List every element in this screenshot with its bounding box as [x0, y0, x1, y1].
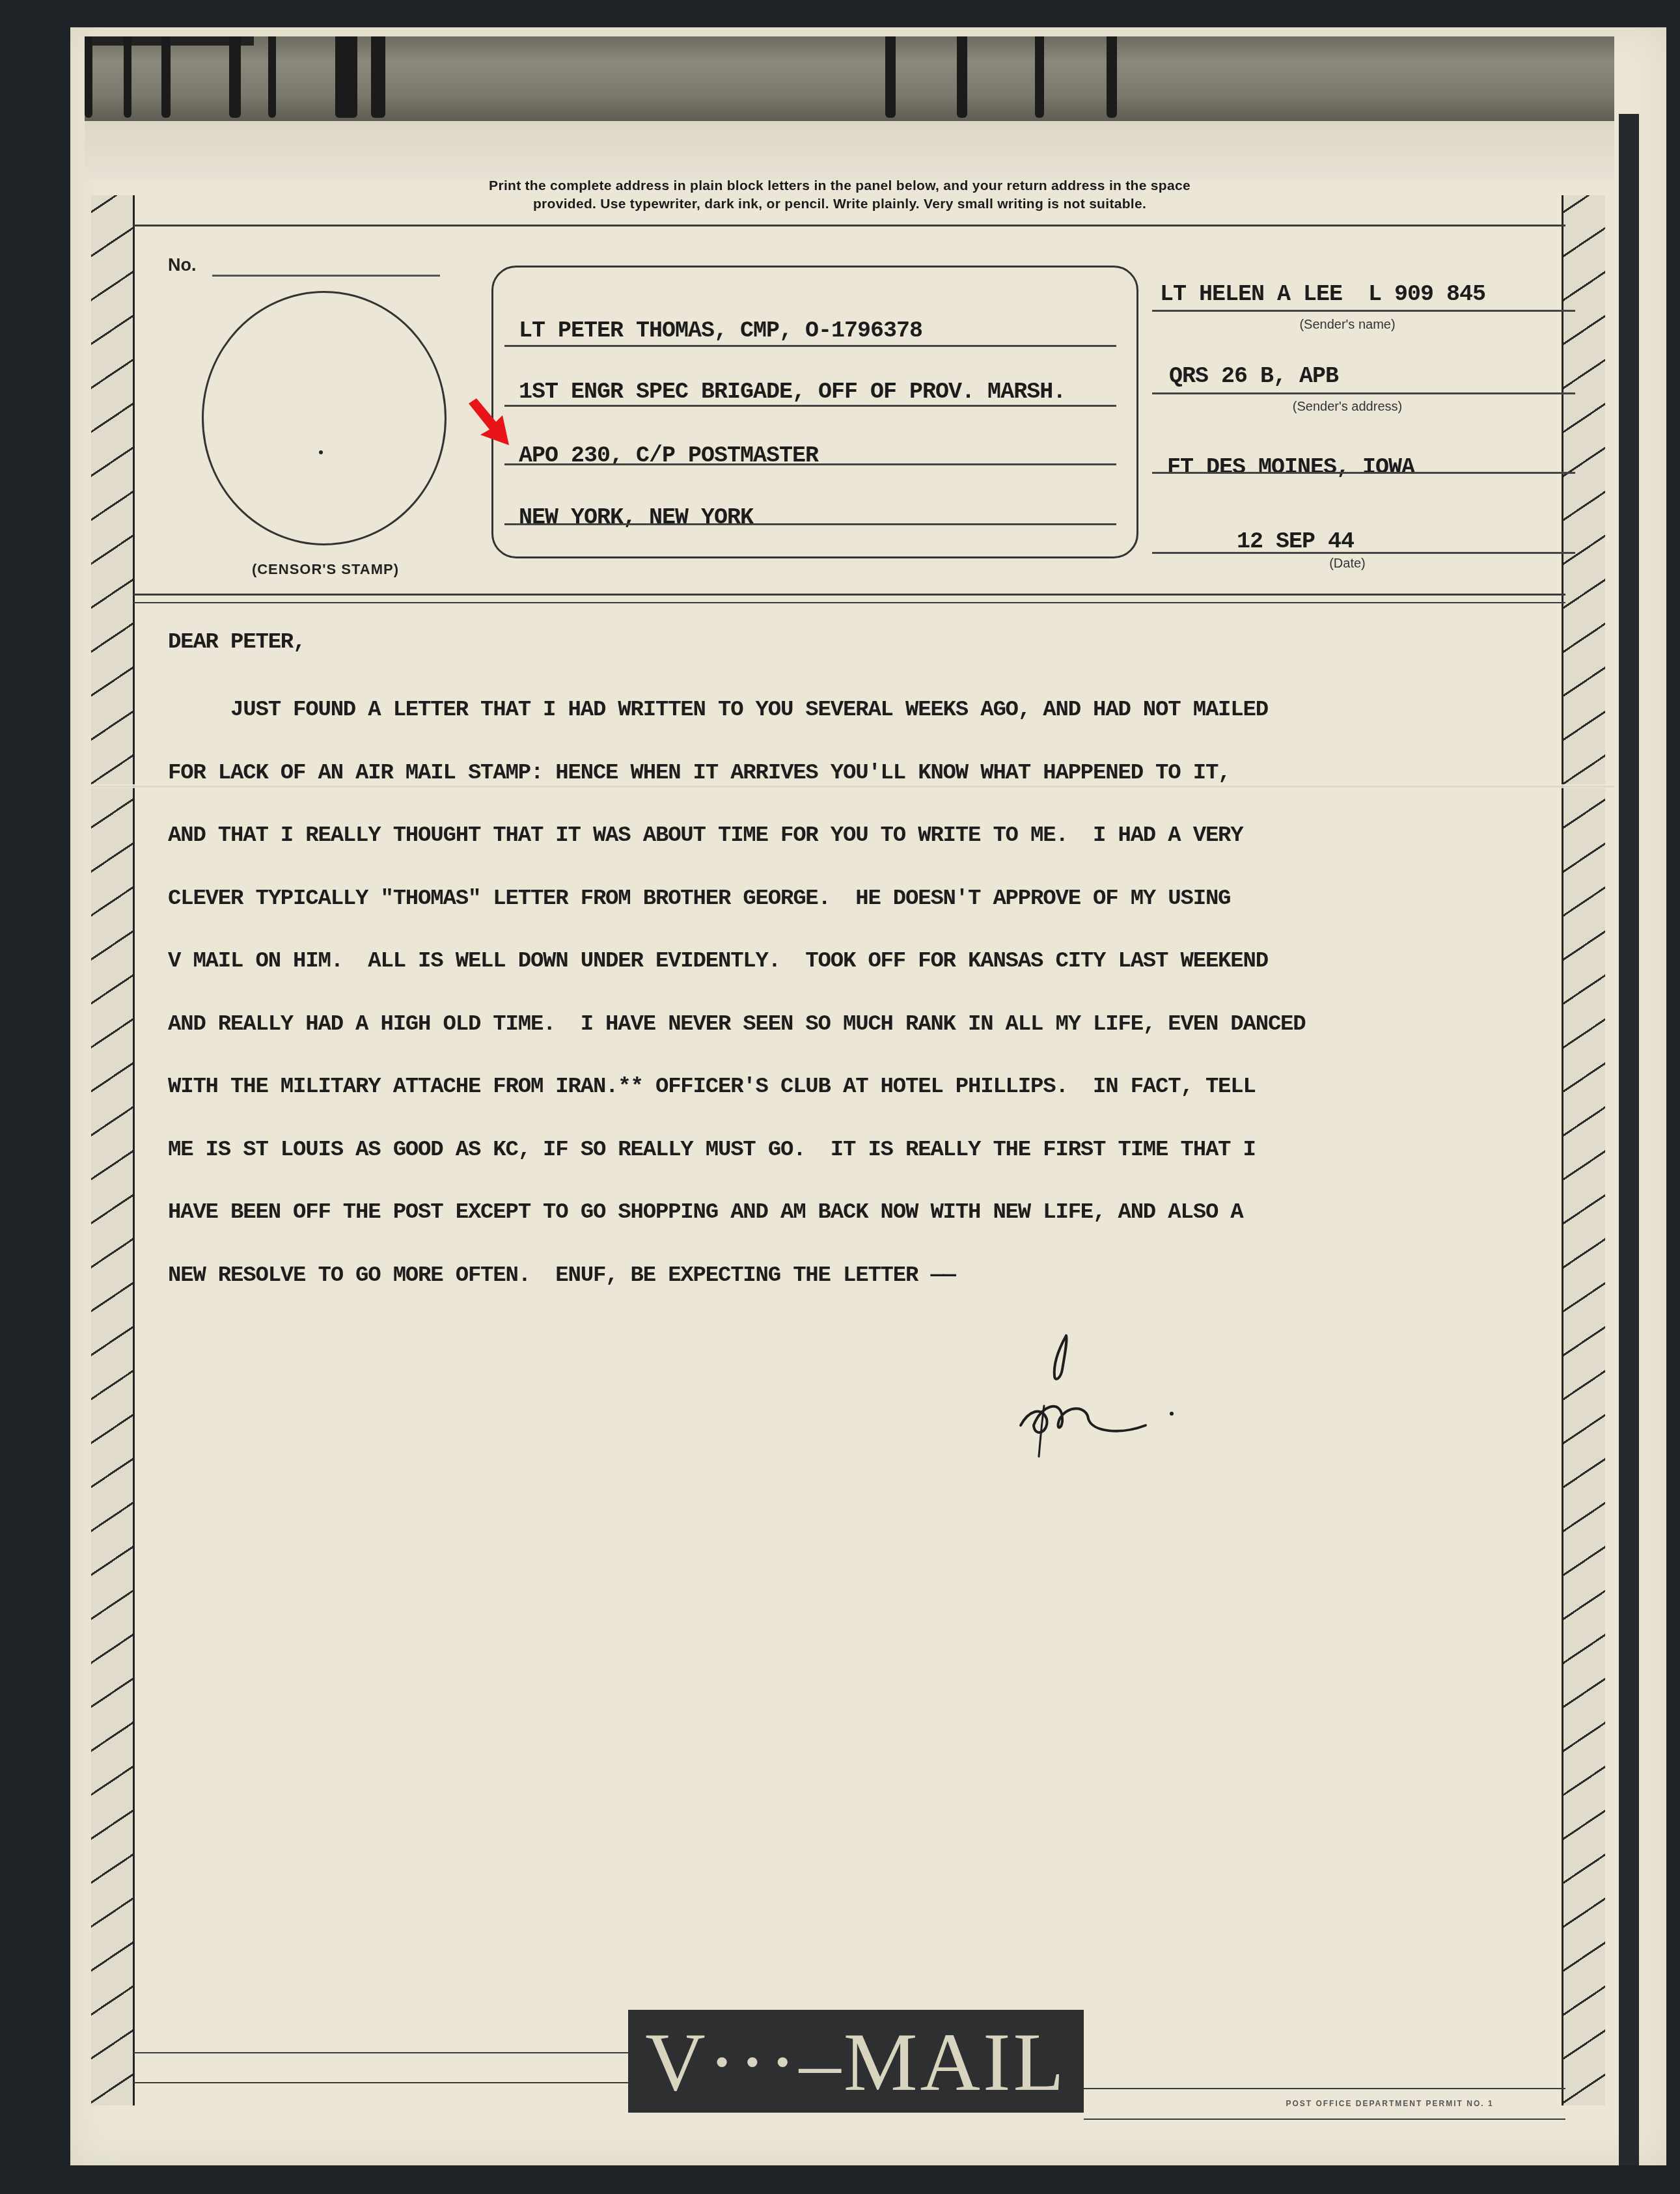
post-office-permit: POST OFFICE DEPARTMENT PERMIT NO. 1	[1207, 2099, 1572, 2108]
date-label: (Date)	[1308, 556, 1386, 571]
header-divider	[133, 594, 1565, 596]
recipient-line-2: 1ST ENGR SPEC BRIGADE, OFF OF PROV. MARS…	[519, 379, 1066, 405]
censor-stamp-circle	[202, 291, 447, 545]
paper-fold-crease	[91, 784, 1614, 788]
letter-body: DEAR PETER, JUST FOUND A LETTER THAT I H…	[168, 626, 1567, 1322]
sender-address: QRS 26 B, APB	[1169, 363, 1338, 389]
letter-date: 12 SEP 44	[1237, 528, 1354, 555]
film-strip-band	[85, 36, 1614, 121]
right-hatch-border	[1562, 195, 1605, 2105]
sender-city: FT DES MOINES, IOWA	[1167, 454, 1414, 480]
vmail-logo: V···–MAIL	[628, 2010, 1084, 2113]
left-hatch-border	[91, 195, 135, 2105]
recipient-line-1: LT PETER THOMAS, CMP, O-1796378	[519, 318, 922, 344]
sender-address-label: (Sender's address)	[1250, 400, 1445, 415]
handwritten-signature	[1015, 1328, 1185, 1458]
letter-line: V MAIL ON HIM. ALL IS WELL DOWN UNDER EV…	[168, 945, 1567, 1008]
letter-line: JUST FOUND A LETTER THAT I HAD WRITTEN T…	[168, 694, 1567, 757]
number-label: No.	[168, 255, 197, 275]
salutation: DEAR PETER,	[168, 626, 1567, 694]
instructions: Print the complete address in plain bloc…	[254, 177, 1425, 213]
recipient-line-4: NEW YORK, NEW YORK	[519, 504, 753, 530]
sender-name-label: (Sender's name)	[1256, 318, 1439, 333]
sender-name: LT HELEN A LEE L 909 845	[1160, 281, 1485, 307]
letter-line: NEW RESOLVE TO GO MORE OFTEN. ENUF, BE E…	[168, 1259, 1567, 1323]
letter-line: AND THAT I REALLY THOUGHT THAT IT WAS AB…	[168, 819, 1567, 883]
letter-line: HAVE BEEN OFF THE POST EXCEPT TO GO SHOP…	[168, 1196, 1567, 1259]
right-film-edge	[1619, 114, 1639, 2165]
number-field[interactable]	[212, 275, 440, 277]
letter-line: AND REALLY HAD A HIGH OLD TIME. I HAVE N…	[168, 1008, 1567, 1071]
censor-stamp-label: (CENSOR'S STAMP)	[195, 561, 456, 578]
letter-line: WITH THE MILITARY ATTACHE FROM IRAN.** O…	[168, 1071, 1567, 1134]
red-arrow-icon	[466, 396, 518, 448]
letter-line: CLEVER TYPICALLY "THOMAS" LETTER FROM BR…	[168, 883, 1567, 946]
letter-line: ME IS ST LOUIS AS GOOD AS KC, IF SO REAL…	[168, 1134, 1567, 1197]
form-top-rule	[133, 225, 1565, 226]
